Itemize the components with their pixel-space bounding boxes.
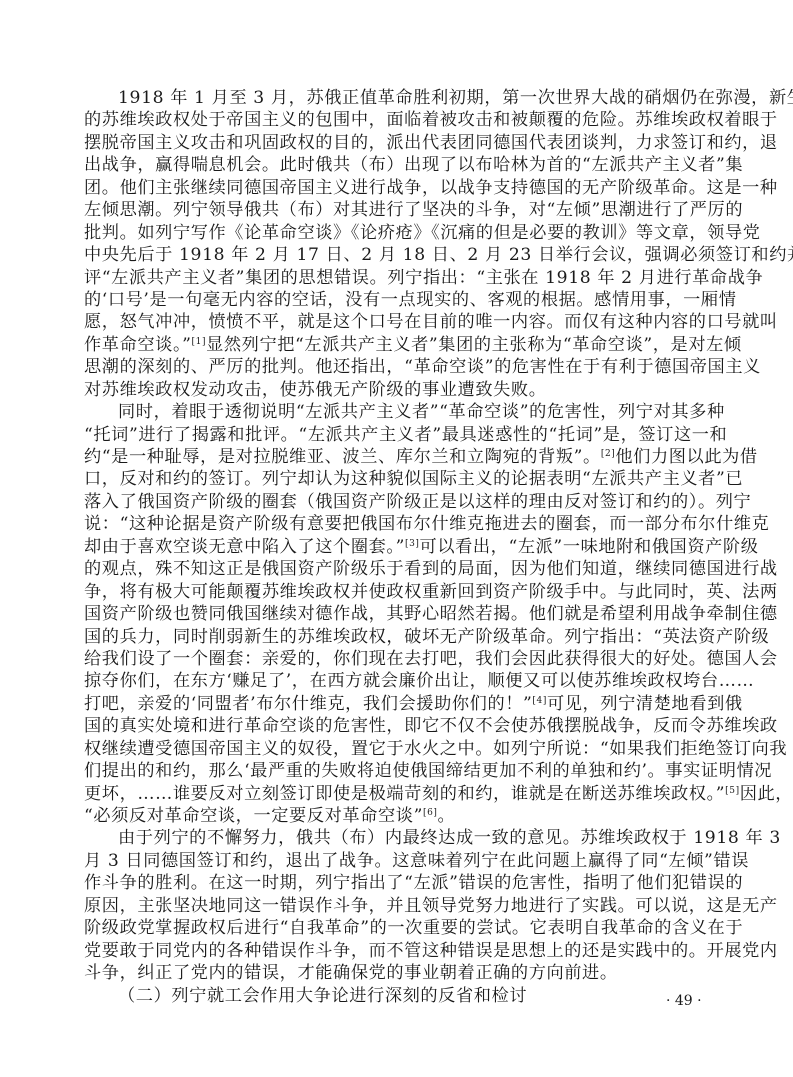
text-line: 更坏，……谁要反对立刻签订即使是极端苛刻的和约，谁就是在断送苏维埃政权。”[5]… — [84, 783, 714, 805]
text-line: “托词”进行了揭露和批评。“左派共产主义者”最具迷惑性的“托词”是，签订这一和 — [84, 424, 714, 446]
document-page: 1918 年 1 月至 3 月，苏俄正值革命胜利初期，第一次世界大战的硝烟仍在弥… — [84, 87, 714, 1007]
text-line: 由于列宁的不懈努力，俄共（布）内最终达成一致的意见。苏维埃政权于 1918 年 … — [84, 827, 714, 849]
text-line: 评“左派共产主义者”集团的思想错误。列宁指出：“主张在 1918 年 2 月进行… — [84, 267, 714, 289]
text-line: 愿，怒气冲冲，愤愤不平，就是这个口号在目前的唯一内容。而仅有这种内容的口号就叫 — [84, 311, 714, 333]
text-line: 同时，着眼于透彻说明“左派共产主义者”“革命空谈”的危害性，列宁对其多种 — [84, 401, 714, 423]
text-line: 对苏维埃政权发动攻击，使苏俄无产阶级的事业遭致失败。 — [84, 379, 714, 401]
text-line: 出战争，赢得喘息机会。此时俄共（布）出现了以布哈林为首的“左派共产主义者”集 — [84, 154, 714, 176]
text-line: 国的兵力，同时削弱新生的苏维埃政权，破坏无产阶级革命。列宁指出：“英法资产阶级 — [84, 626, 714, 648]
footnote-ref[interactable]: [6] — [423, 808, 438, 818]
text-line: 说：“这种论据是资产阶级有意要把俄国布尔什维克拖进去的圈套，而一部分布尔什维克 — [84, 513, 714, 535]
text-line: 的苏维埃政权处于帝国主义的包围中，面临着被攻击和被颠覆的危险。苏维埃政权着眼于 — [84, 109, 714, 131]
text-line: （二）列宁就工会作用大争论进行深刻的反省和检讨 — [84, 985, 714, 1007]
text-line: 打吧，亲爱的‘同盟者’布尔什维克，我们会援助你们的！”[4]可见，列宁清楚地看到… — [84, 693, 714, 715]
text-line: 约“是一种耻辱，是对拉脱维亚、波兰、库尔兰和立陶宛的背叛”。[2]他们力图以此为… — [84, 446, 714, 468]
text-line: 阶级政党掌握政权后进行“自我革命”的一次重要的尝试。它表明自我革命的含义在于 — [84, 917, 714, 939]
text-line: 作革命空谈。”[1]显然列宁把“左派共产主义者”集团的主张称为“革命空谈”，是对… — [84, 334, 714, 356]
text-line: 团。他们主张继续同德国帝国主义进行战争，以战争支持德国的无产阶级革命。这是一种 — [84, 177, 714, 199]
text-line: 批判。如列宁写作《论革命空谈》《论疥疮》《沉痛的但是必要的教训》等文章，领导党 — [84, 222, 714, 244]
text-line: 给我们设了一个圈套：亲爱的，你们现在去打吧，我们会因此获得很大的好处。德国人会 — [84, 648, 714, 670]
text-line: 权继续遭受德国帝国主义的奴役，置它于水火之中。如列宁所说：“如果我们拒绝签订向我 — [84, 738, 714, 760]
paragraph: 由于列宁的不懈努力，俄共（布）内最终达成一致的意见。苏维埃政权于 1918 年 … — [84, 827, 714, 984]
text-line: 掠夺你们，在东方‘赚足了’，在西方就会廉价出让，顺便又可以使苏维埃政权垮台…… — [84, 670, 714, 692]
text-line: 的‘口号’是一句毫无内容的空话，没有一点现实的、客观的根据。感情用事，一厢情 — [84, 289, 714, 311]
text-line: 1918 年 1 月至 3 月，苏俄正值革命胜利初期，第一次世界大战的硝烟仍在弥… — [84, 87, 714, 109]
footnote-ref[interactable]: [1] — [192, 337, 207, 347]
text-line: 的观点，殊不知这正是俄国资产阶级乐于看到的局面，因为他们知道，继续同德国进行战 — [84, 558, 714, 580]
text-line: 党要敢于同党内的各种错误作斗争，而不管这种错误是思想上的还是实践中的。开展党内 — [84, 940, 714, 962]
text-line: “必须反对革命空谈，一定要反对革命空谈”[6]。 — [84, 805, 714, 827]
text-line: 口，反对和约的签订。列宁却认为这种貌似国际主义的论据表明“左派共产主义者”已 — [84, 468, 714, 490]
text-line: 中央先后于 1918 年 2 月 17 日、2 月 18 日、2 月 23 日举… — [84, 244, 714, 266]
footnote-ref[interactable]: [3] — [405, 539, 420, 549]
text-line: 作斗争的胜利。在这一时期，列宁指出了“左派”错误的危害性，指明了他们犯错误的 — [84, 872, 714, 894]
paragraph: 1918 年 1 月至 3 月，苏俄正值革命胜利初期，第一次世界大战的硝烟仍在弥… — [84, 87, 714, 401]
footnote-ref[interactable]: [2] — [601, 449, 616, 459]
text-line: 摆脱帝国主义攻击和巩固政权的目的，派出代表团同德国代表团谈判，力求签订和约，退 — [84, 132, 714, 154]
text-line: 左倾思潮。列宁领导俄共（布）对其进行了坚决的斗争，对“左倾”思潮进行了严厉的 — [84, 199, 714, 221]
section-heading: （二）列宁就工会作用大争论进行深刻的反省和检讨 — [84, 985, 714, 1007]
paragraph: 同时，着眼于透彻说明“左派共产主义者”“革命空谈”的危害性，列宁对其多种“托词”… — [84, 401, 714, 827]
footnote-ref[interactable]: [4] — [532, 696, 547, 706]
text-line: 月 3 日同德国签订和约，退出了战争。这意味着列宁在此问题上赢得了同“左倾”错误 — [84, 850, 714, 872]
text-line: 落入了俄国资产阶级的圈套（俄国资产阶级正是以这样的理由反对签订和约的）。列宁 — [84, 491, 714, 513]
footnote-ref[interactable]: [5] — [725, 786, 740, 796]
text-line: 原因，主张坚决地同这一错误作斗争，并且领导党努力地进行了实践。可以说，这是无产 — [84, 895, 714, 917]
page-number: · 49 · — [666, 993, 702, 1009]
text-line: 思潮的深刻的、严厉的批判。他还指出，“革命空谈”的危害性在于有利于德国帝国主义 — [84, 356, 714, 378]
text-line: 们提出的和约，那么‘最严重的失败将迫使俄国缔结更加不利的单独和约’。事实证明情况 — [84, 760, 714, 782]
text-line: 却由于喜欢空谈无意中陷入了这个圈套。”[3]可以看出，“左派”一味地附和俄国资产… — [84, 536, 714, 558]
text-line: 争，将有极大可能颠覆苏维埃政权并使政权重新回到资产阶级手中。与此同时，英、法两 — [84, 581, 714, 603]
text-line: 斗争，纠正了党内的错误，才能确保党的事业朝着正确的方向前进。 — [84, 962, 714, 984]
text-line: 国资产阶级也赞同俄国继续对德作战，其野心昭然若揭。他们就是希望利用战争牵制住德 — [84, 603, 714, 625]
text-line: 国的真实处境和进行革命空谈的危害性，即它不仅不会使苏俄摆脱战争，反而令苏维埃政 — [84, 715, 714, 737]
